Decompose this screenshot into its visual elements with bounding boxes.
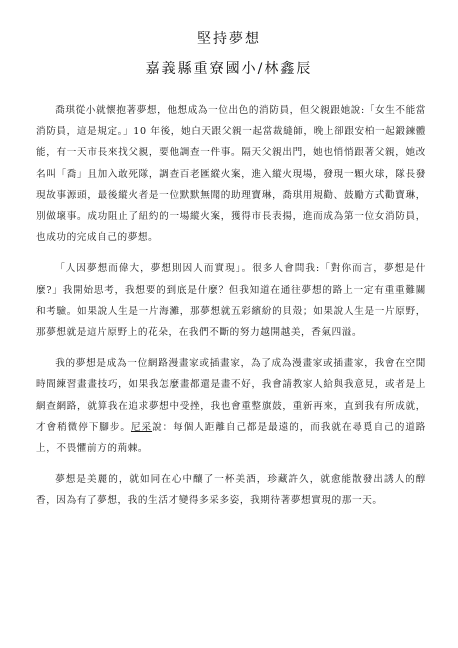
paragraph-1: 喬琪從小就懷抱著夢想，他想成為一位出色的消防員，但父親跟她說:「女生不能當消防員… [36,100,426,248]
paragraph-4: 夢想是美麗的，就如同在心中釀了一杯美酒，珍藏許久，就愈能散發出誘人的醇香，因為有… [36,469,426,511]
paragraph-2: 「人因夢想而偉大，夢想則因人而實現」。很多人會問我:「對你而言，夢想是什麼?」我… [36,258,426,343]
document-page: 堅持夢想 嘉義縣重寮國小/林鑫辰 喬琪從小就懷抱著夢想，他想成為一位出色的消防員… [0,0,458,648]
paragraph-3: 我的夢想是成為一位網路漫畫家或插畫家，為了成為漫畫家或插畫家，我會在空閒時間練習… [36,353,426,459]
essay-title: 堅持夢想 [0,28,458,48]
underlined-name: 尼采 [131,422,152,433]
essay-body: 喬琪從小就懷抱著夢想，他想成為一位出色的消防員，但父親跟她說:「女生不能當消防員… [36,100,426,512]
author-line: 嘉義縣重寮國小/林鑫辰 [0,58,458,78]
